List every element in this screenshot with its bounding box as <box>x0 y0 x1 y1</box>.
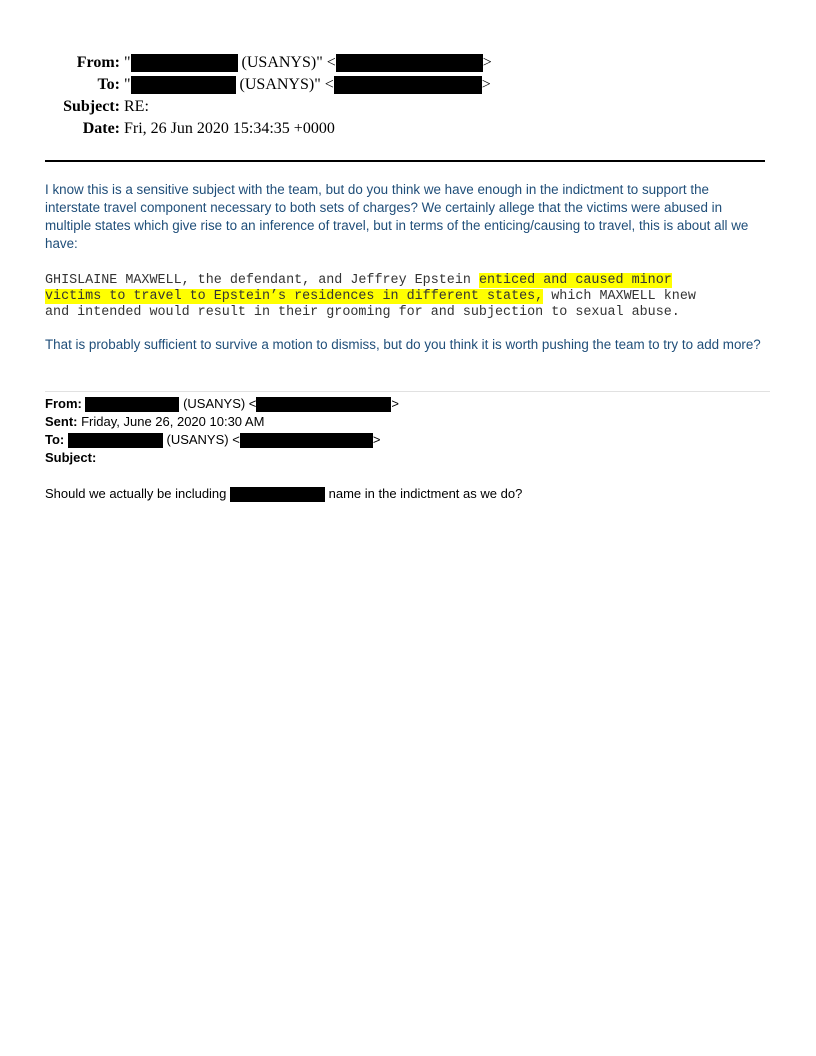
header-to-label: To: <box>97 74 120 96</box>
forward-divider <box>45 391 770 392</box>
quote-line-2-highlight: victims to travel to Epstein’s residence… <box>45 289 543 304</box>
forward-to-mid: (USANYS) < <box>163 432 240 447</box>
redaction-to-name <box>131 76 236 94</box>
forward-from-close: > <box>391 396 399 411</box>
redaction-from-email <box>336 54 483 72</box>
quote-line-1-plain: GHISLAINE MAXWELL, the defendant, and Je… <box>45 273 479 288</box>
header-from-close: > <box>483 54 492 71</box>
redaction-forward-from-name <box>85 397 179 412</box>
forward-sent-label: Sent: <box>45 414 78 429</box>
header-from-mid: (USANYS)" < <box>238 54 336 71</box>
redaction-forward-to-name <box>68 433 163 448</box>
header-from-label: From: <box>77 52 120 74</box>
header-date-label: Date: <box>83 118 120 140</box>
indictment-quote-line-3: and intended would result in their groom… <box>45 305 765 321</box>
header-divider <box>45 160 765 162</box>
forward-from-row: From: (USANYS) <> <box>45 395 399 413</box>
body-paragraph-2: That is probably sufficient to survive a… <box>45 336 767 354</box>
indictment-quote-line-2: victims to travel to Epstein’s residence… <box>45 289 765 305</box>
redaction-from-name <box>131 54 238 72</box>
forward-message-after: name in the indictment as we do? <box>325 486 522 501</box>
header-subject-value: RE: <box>124 96 149 118</box>
header-date-value: Fri, 26 Jun 2020 15:34:35 +0000 <box>124 118 335 140</box>
redaction-forward-from-email <box>256 397 391 412</box>
forward-to-row: To: (USANYS) <> <box>45 431 380 449</box>
quote-line-2-plain: which MAXWELL knew <box>543 289 696 304</box>
forward-from-label: From: <box>45 396 82 411</box>
quote-line-1-highlight: enticed and caused minor <box>479 273 672 288</box>
forward-sent-value: Friday, June 26, 2020 10:30 AM <box>78 414 265 429</box>
header-subject-label: Subject: <box>63 96 120 118</box>
forward-to-close: > <box>373 432 381 447</box>
forward-sent-row: Sent: Friday, June 26, 2020 10:30 AM <box>45 413 264 431</box>
forward-subject-row: Subject: <box>45 449 96 467</box>
forward-from-mid: (USANYS) < <box>179 396 256 411</box>
forward-message: Should we actually be including name in … <box>45 485 522 503</box>
redaction-to-email <box>334 76 482 94</box>
body-paragraph-1: I know this is a sensitive subject with … <box>45 181 767 253</box>
forward-message-before: Should we actually be including <box>45 486 230 501</box>
header-to-close: > <box>482 76 491 93</box>
indictment-quote-line-1: GHISLAINE MAXWELL, the defendant, and Je… <box>45 273 765 289</box>
redaction-forward-to-email <box>240 433 373 448</box>
forward-subject-label: Subject: <box>45 450 96 465</box>
header-to-mid: (USANYS)" < <box>236 76 334 93</box>
forward-to-label: To: <box>45 432 64 447</box>
redaction-message-name <box>230 487 325 502</box>
